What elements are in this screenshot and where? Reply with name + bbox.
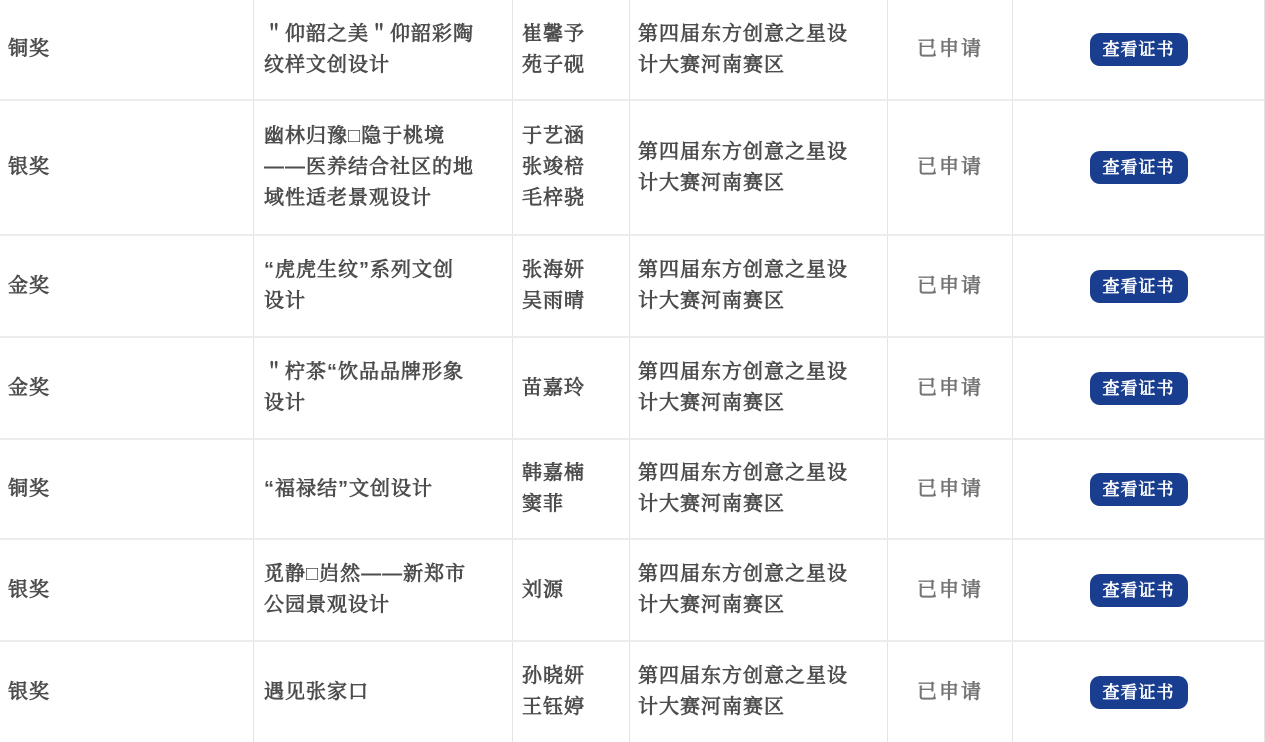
status-label: 已申请 [917,575,983,606]
competition-cell: 第四届东方创意之星设 计大赛河南赛区 [629,338,887,438]
authors-list: 苗嘉玲 [522,373,585,404]
status-cell: 已申请 [887,642,1012,742]
table-row: 银奖 幽林归豫□隐于桃境 ——医养结合社区的地 域性适老景观设计 于艺涵 张竣棓… [0,101,1264,236]
award-label: 金奖 [8,271,50,302]
competition-cell: 第四届东方创意之星设 计大赛河南赛区 [629,101,887,234]
competition-cell: 第四届东方创意之星设 计大赛河南赛区 [629,540,887,640]
competition-name: 第四届东方创意之星设 计大赛河南赛区 [638,458,848,520]
view-certificate-button[interactable]: 查看证书 [1090,270,1188,303]
competition-name: 第四届东方创意之星设 计大赛河南赛区 [638,19,848,81]
work-title-cell: 觅静□岿然——新郑市 公园景观设计 [253,540,512,640]
view-certificate-button[interactable]: 查看证书 [1090,574,1188,607]
award-cell: 铜奖 [0,0,253,99]
work-title: “虎虎生纹”系列文创 设计 [264,255,454,317]
award-label: 金奖 [8,373,50,404]
competition-name: 第四届东方创意之星设 计大赛河南赛区 [638,357,848,419]
competition-name: 第四届东方创意之星设 计大赛河南赛区 [638,559,848,621]
award-cell: 银奖 [0,101,253,234]
authors-cell: 苗嘉玲 [512,338,629,438]
status-label: 已申请 [917,474,983,505]
work-title: 觅静□岿然——新郑市 公园景观设计 [264,559,466,621]
competition-name: 第四届东方创意之星设 计大赛河南赛区 [638,137,848,199]
status-label: 已申请 [917,34,983,65]
status-label: 已申请 [917,271,983,302]
status-label: 已申请 [917,152,983,183]
authors-list: 崔馨予 苑子砚 [522,19,585,81]
award-label: 银奖 [8,677,50,708]
work-title: “福禄结”文创设计 [264,474,433,505]
action-cell: 查看证书 [1012,338,1264,438]
award-cell: 金奖 [0,236,253,336]
action-cell: 查看证书 [1012,101,1264,234]
status-cell: 已申请 [887,540,1012,640]
view-certificate-button[interactable]: 查看证书 [1090,372,1188,405]
authors-list: 孙晓妍 王钰婷 [522,661,585,723]
competition-cell: 第四届东方创意之星设 计大赛河南赛区 [629,642,887,742]
table-row: 银奖 觅静□岿然——新郑市 公园景观设计 刘源 第四届东方创意之星设 计大赛河南… [0,540,1264,642]
award-label: 铜奖 [8,474,50,505]
authors-cell: 崔馨予 苑子砚 [512,0,629,99]
table-row: 银奖 遇见张家口 孙晓妍 王钰婷 第四届东方创意之星设 计大赛河南赛区 已申请 … [0,642,1264,742]
award-cell: 银奖 [0,540,253,640]
status-cell: 已申请 [887,440,1012,538]
award-cell: 金奖 [0,338,253,438]
award-cell: 铜奖 [0,440,253,538]
action-cell: 查看证书 [1012,642,1264,742]
work-title: 幽林归豫□隐于桃境 ——医养结合社区的地 域性适老景观设计 [264,121,474,214]
authors-list: 刘源 [522,575,564,606]
work-title-cell: 遇见张家口 [253,642,512,742]
award-label: 银奖 [8,575,50,606]
competition-name: 第四届东方创意之星设 计大赛河南赛区 [638,255,848,317]
view-certificate-button[interactable]: 查看证书 [1090,473,1188,506]
table-row: 金奖 ＂柠茶“饮品品牌形象 设计 苗嘉玲 第四届东方创意之星设 计大赛河南赛区 … [0,338,1264,440]
view-certificate-button[interactable]: 查看证书 [1090,151,1188,184]
status-cell: 已申请 [887,338,1012,438]
work-title-cell: “虎虎生纹”系列文创 设计 [253,236,512,336]
authors-cell: 张海妍 吴雨晴 [512,236,629,336]
action-cell: 查看证书 [1012,236,1264,336]
work-title-cell: ＂柠茶“饮品品牌形象 设计 [253,338,512,438]
status-cell: 已申请 [887,236,1012,336]
work-title: ＂柠茶“饮品品牌形象 设计 [264,357,464,419]
action-cell: 查看证书 [1012,0,1264,99]
award-label: 铜奖 [8,34,50,65]
status-label: 已申请 [917,677,983,708]
table-row: 铜奖 ＂仰韶之美＂仰韶彩陶 纹样文创设计 崔馨予 苑子砚 第四届东方创意之星设 … [0,0,1264,101]
action-cell: 查看证书 [1012,540,1264,640]
awards-table: 铜奖 ＂仰韶之美＂仰韶彩陶 纹样文创设计 崔馨予 苑子砚 第四届东方创意之星设 … [0,0,1265,742]
competition-cell: 第四届东方创意之星设 计大赛河南赛区 [629,440,887,538]
status-cell: 已申请 [887,101,1012,234]
table-row: 金奖 “虎虎生纹”系列文创 设计 张海妍 吴雨晴 第四届东方创意之星设 计大赛河… [0,236,1264,338]
work-title-cell: 幽林归豫□隐于桃境 ——医养结合社区的地 域性适老景观设计 [253,101,512,234]
authors-cell: 于艺涵 张竣棓 毛梓骁 [512,101,629,234]
competition-cell: 第四届东方创意之星设 计大赛河南赛区 [629,236,887,336]
table-row: 铜奖 “福禄结”文创设计 韩嘉楠 窦菲 第四届东方创意之星设 计大赛河南赛区 已… [0,440,1264,540]
work-title-cell: ＂仰韶之美＂仰韶彩陶 纹样文创设计 [253,0,512,99]
view-certificate-button[interactable]: 查看证书 [1090,676,1188,709]
work-title: 遇见张家口 [264,677,369,708]
view-certificate-button[interactable]: 查看证书 [1090,33,1188,66]
authors-list: 张海妍 吴雨晴 [522,255,585,317]
award-cell: 银奖 [0,642,253,742]
competition-cell: 第四届东方创意之星设 计大赛河南赛区 [629,0,887,99]
authors-cell: 韩嘉楠 窦菲 [512,440,629,538]
award-label: 银奖 [8,152,50,183]
work-title: ＂仰韶之美＂仰韶彩陶 纹样文创设计 [264,19,474,81]
authors-cell: 刘源 [512,540,629,640]
status-cell: 已申请 [887,0,1012,99]
competition-name: 第四届东方创意之星设 计大赛河南赛区 [638,661,848,723]
status-label: 已申请 [917,373,983,404]
authors-cell: 孙晓妍 王钰婷 [512,642,629,742]
action-cell: 查看证书 [1012,440,1264,538]
authors-list: 韩嘉楠 窦菲 [522,458,585,520]
authors-list: 于艺涵 张竣棓 毛梓骁 [522,121,585,214]
work-title-cell: “福禄结”文创设计 [253,440,512,538]
